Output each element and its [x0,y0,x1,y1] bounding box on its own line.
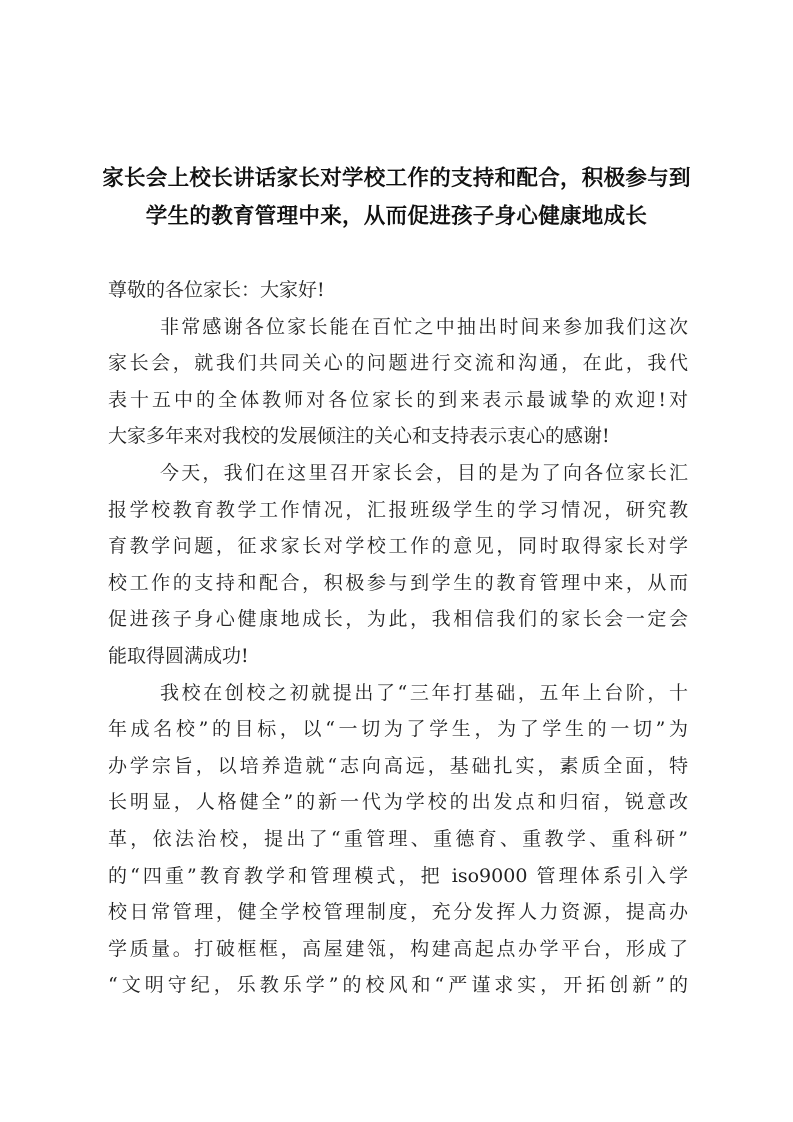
body-line: 育教学问题，征求家长对学校工作的意见，同时取得家长对学 [108,528,688,565]
body-line: 学质量。打破框框，高屋建瓴，构建高起点办学平台，形成了 [108,931,688,968]
document-title: 家长会上校长讲话家长对学校工作的支持和配合，积极参与到 学生的教育管理中来，从而… [100,160,693,236]
body-line: “文明守纪，乐教乐学”的校风和“严谨求实，开拓创新”的 [108,967,688,1004]
body-line: 家长会，就我们共同关心的问题进行交流和沟通，在此，我代 [108,345,688,382]
document-body: 尊敬的各位家长：大家好! 非常感谢各位家长能在百忙之中抽出时间来参加我们这次 家… [108,272,688,1004]
body-line: 大家多年来对我校的发展倾注的关心和支持表示衷心的感谢! [108,418,688,455]
body-line: 校日常管理，健全学校管理制度，充分发挥人力资源，提高办 [108,894,688,931]
body-line: 办学宗旨，以培养造就“志向高远，基础扎实，素质全面，特 [108,748,688,785]
body-line: 长明显，人格健全”的新一代为学校的出发点和归宿，锐意改 [108,784,688,821]
body-line: 的“四重”教育教学和管理模式，把 iso9000 管理体系引入学 [108,858,688,895]
body-line: 校工作的支持和配合，积极参与到学生的教育管理中来，从而 [108,565,688,602]
body-line: 报学校教育教学工作情况，汇报班级学生的学习情况，研究教 [108,492,688,529]
body-line: 非常感谢各位家长能在百忙之中抽出时间来参加我们这次 [108,309,688,346]
body-line: 革，依法治校，提出了“重管理、重德育、重教学、重科研” [108,821,688,858]
body-line: 促进孩子身心健康地成长，为此，我相信我们的家长会一定会 [108,601,688,638]
body-line: 年成名校”的目标，以“一切为了学生，为了学生的一切”为 [108,711,688,748]
body-line: 我校在创校之初就提出了“三年打基础，五年上台阶，十 [108,675,688,712]
body-line: 能取得圆满成功! [108,638,688,675]
body-line: 今天，我们在这里召开家长会，目的是为了向各位家长汇 [108,455,688,492]
body-line: 表十五中的全体教师对各位家长的到来表示最诚挚的欢迎!对 [108,382,688,419]
title-line-1: 家长会上校长讲话家长对学校工作的支持和配合，积极参与到 [100,160,693,198]
salutation: 尊敬的各位家长：大家好! [108,272,688,309]
title-line-2: 学生的教育管理中来，从而促进孩子身心健康地成长 [100,198,693,236]
document-page: 家长会上校长讲话家长对学校工作的支持和配合，积极参与到 学生的教育管理中来，从而… [0,0,793,1122]
